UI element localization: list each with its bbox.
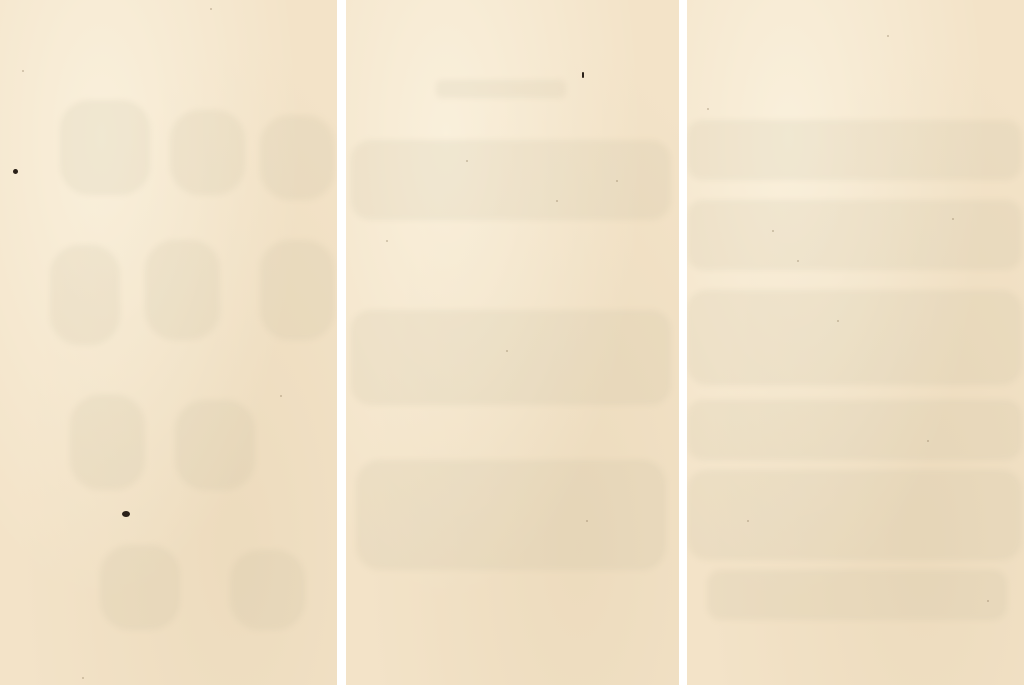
bleed-through-mark bbox=[100, 545, 180, 630]
dust-speck bbox=[22, 70, 24, 72]
dust-speck bbox=[747, 520, 749, 522]
bleed-through-mark bbox=[687, 200, 1022, 270]
paper-panel-left bbox=[0, 0, 337, 685]
ink-speck bbox=[122, 511, 130, 517]
dust-speck bbox=[616, 180, 618, 182]
bleed-through-mark bbox=[70, 395, 145, 490]
bleed-through-mark bbox=[687, 120, 1022, 180]
paper-panel-right bbox=[687, 0, 1024, 685]
bleed-through-mark bbox=[260, 240, 335, 340]
dust-speck bbox=[82, 677, 84, 679]
bleed-through-mark bbox=[230, 550, 305, 630]
bleed-through-mark bbox=[707, 570, 1007, 620]
ink-speck bbox=[13, 169, 18, 174]
dust-speck bbox=[586, 520, 588, 522]
bleed-through-mark bbox=[687, 290, 1022, 385]
dust-speck bbox=[927, 440, 929, 442]
bleed-through-mark bbox=[145, 240, 220, 340]
dust-speck bbox=[837, 320, 839, 322]
bleed-through-mark bbox=[170, 110, 245, 195]
bleed-through-mark bbox=[351, 310, 671, 405]
dust-speck bbox=[952, 218, 954, 220]
dust-speck bbox=[772, 230, 774, 232]
bleed-through-mark bbox=[436, 80, 566, 98]
ink-speck bbox=[582, 72, 584, 78]
dust-speck bbox=[506, 350, 508, 352]
dust-speck bbox=[987, 600, 989, 602]
dust-speck bbox=[466, 160, 468, 162]
bleed-through-mark bbox=[50, 245, 120, 345]
dust-speck bbox=[556, 200, 558, 202]
panel-gutter bbox=[679, 0, 687, 685]
dust-speck bbox=[280, 395, 282, 397]
paper-panel-middle bbox=[346, 0, 679, 685]
dust-speck bbox=[210, 8, 212, 10]
dust-speck bbox=[386, 240, 388, 242]
bleed-through-mark bbox=[260, 115, 335, 200]
bleed-through-mark bbox=[687, 470, 1022, 560]
dust-speck bbox=[797, 260, 799, 262]
bleed-through-mark bbox=[175, 400, 255, 490]
panel-gutter bbox=[337, 0, 346, 685]
bleed-through-mark bbox=[687, 400, 1022, 460]
dust-speck bbox=[707, 108, 709, 110]
bleed-through-mark bbox=[356, 460, 666, 570]
bleed-through-mark bbox=[60, 100, 150, 195]
dust-speck bbox=[887, 35, 889, 37]
bleed-through-mark bbox=[351, 140, 671, 220]
